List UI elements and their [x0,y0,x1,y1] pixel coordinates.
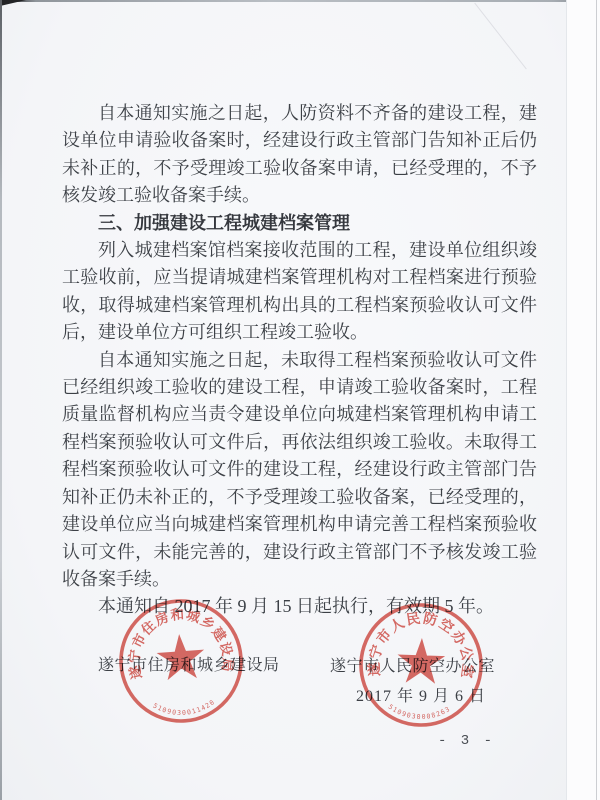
star-icon [155,632,206,680]
paragraph-archive-prereview: 列入城建档案馆档案接收范围的工程，建设单位组织竣工验收前，应当提请城建档案管理机… [62,237,537,347]
section-heading: 三、加强建设工程城建档案管理 [62,210,537,237]
scan-edge-top [0,0,600,2]
document-body: 自本通知实施之日起，人防资料不齐备的建设工程，建设单位申请验收备案时，经建设行政… [62,100,537,621]
official-seal-right: 遂宁市人民防空办公室 5109030008263 [353,597,490,734]
star-icon [397,637,446,684]
paragraph-renfang-penalty: 自本通知实施之日起，人防资料不齐备的建设工程，建设单位申请验收备案时，经建设行政… [62,100,537,210]
paper-edge-line [596,0,597,800]
scan-edge-left [0,0,2,800]
official-seal-left: 遂宁市住房和城乡建设局 5109030011420 [111,591,252,732]
page-number: - 3 - [438,733,495,749]
paragraph-archive-penalty: 自本通知实施之日起，未取得工程档案预验收认可文件已经组织竣工验收的建设工程，申请… [62,347,537,594]
paper-edge-right [566,0,600,800]
paper-crease [474,3,527,70]
scanned-document-page: 自本通知实施之日起，人防资料不齐备的建设工程，建设单位申请验收备案时，经建设行政… [0,0,600,800]
